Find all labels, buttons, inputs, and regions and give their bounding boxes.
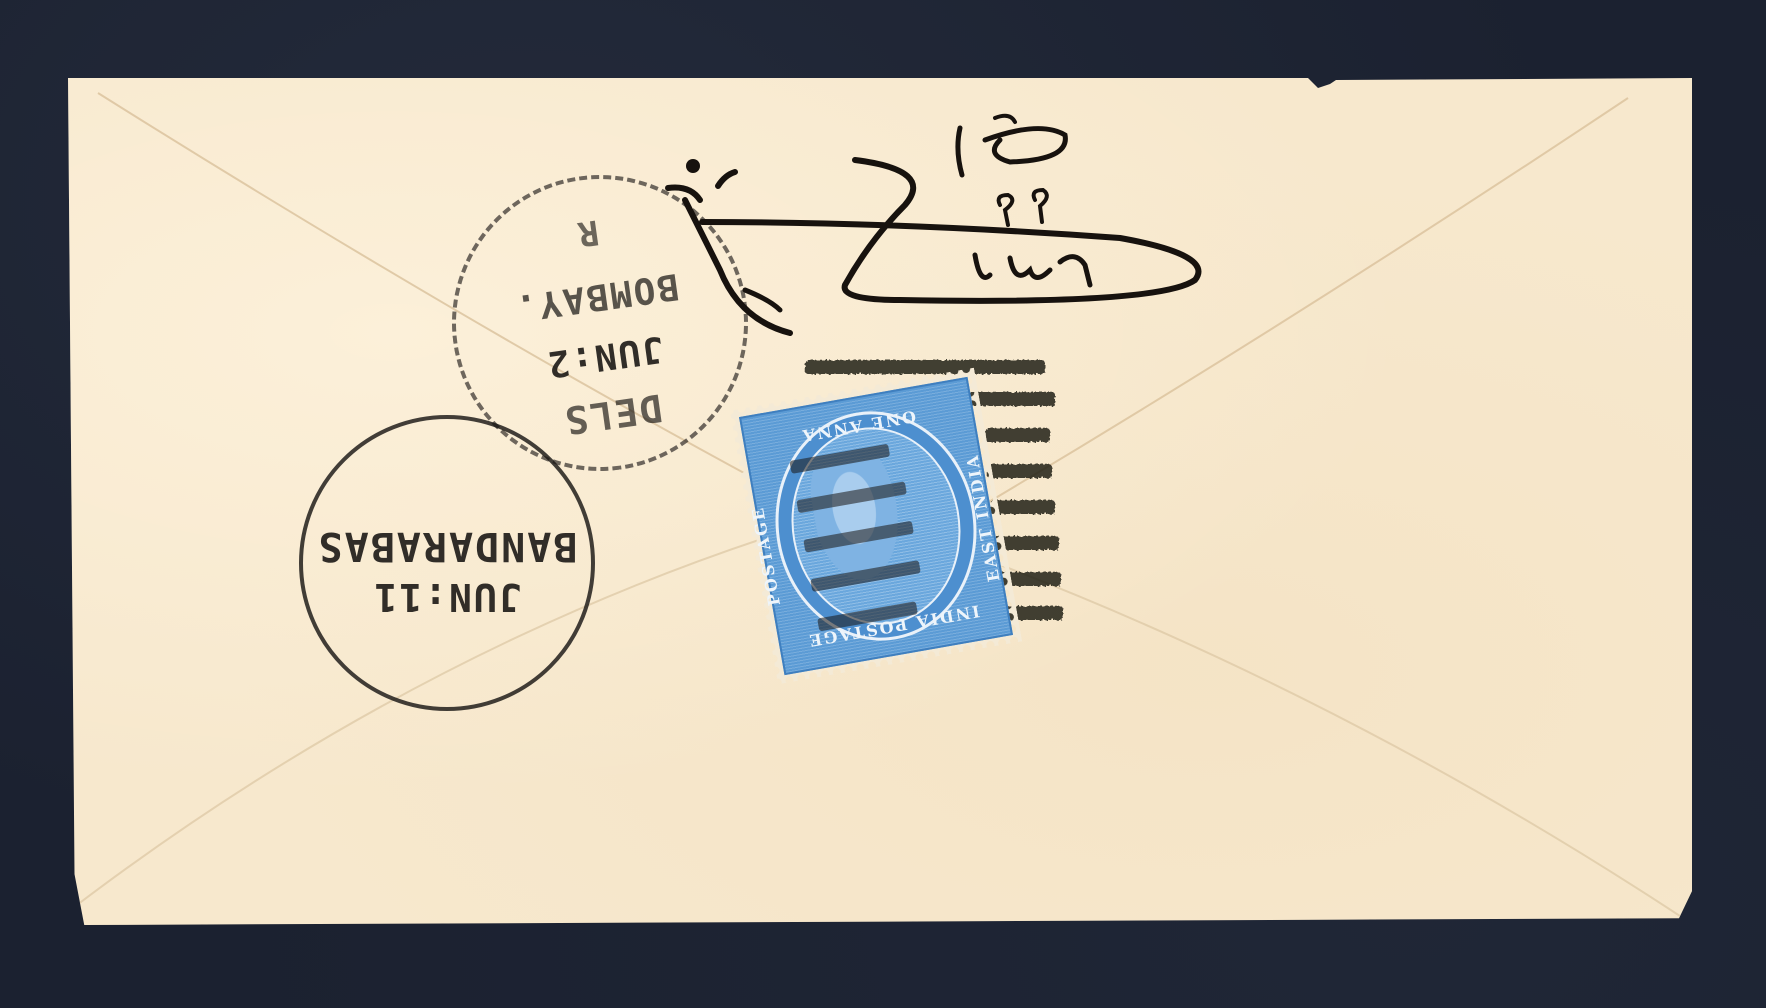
stamp-design: ONE ANNA INDIA POSTAGE POSTAGE EAST INDI… [739,377,1013,675]
postage-stamp: ONE ANNA INDIA POSTAGE POSTAGE EAST INDI… [730,368,1023,685]
postmark-bandarabas-date: JUN:11 [303,575,591,619]
bandarabas-postmark: BANDARABAS JUN:11 [299,415,595,711]
postmark-bandarabas-city: BANDARABAS [303,523,591,569]
